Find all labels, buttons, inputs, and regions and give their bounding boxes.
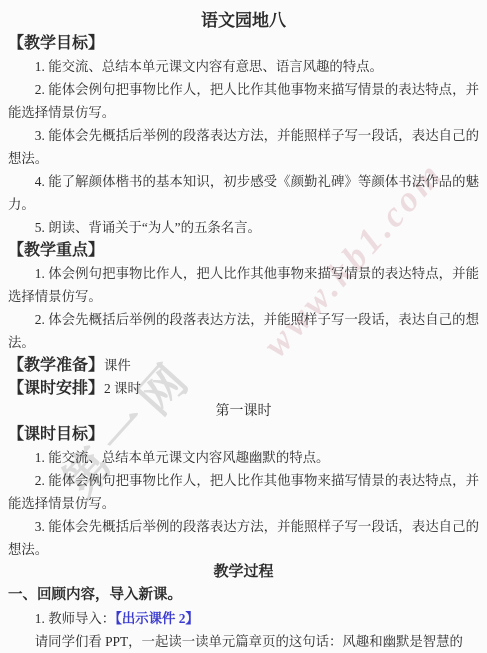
teaching-process-title: 教学过程 bbox=[8, 561, 479, 584]
teaching-goal-item-3: 3. 能体会先概括后举例的段落表达方法，并能照样子写一段话，表达自己的想法。 bbox=[8, 124, 479, 170]
teaching-goal-item-2: 2. 能体会例句把事物比作人，把人比作其他事物来描写情景的表达特点，并能选择情景… bbox=[8, 78, 479, 124]
lesson-goal-item-2: 2. 能体会例句把事物比作人，把人比作其他事物来描写情景的表达特点，并能选择情景… bbox=[8, 469, 479, 515]
schedule-heading: 【课时安排】 bbox=[8, 380, 104, 397]
teaching-goals-heading: 【教学目标】 bbox=[8, 32, 479, 55]
schedule-line: 【课时安排】2 课时 bbox=[8, 377, 479, 400]
teaching-preparation-heading: 【教学准备】 bbox=[8, 357, 104, 374]
teacher-intro-prefix: 1. 教师导入： bbox=[35, 611, 115, 626]
teaching-focus-item-2: 2. 体会先概括后举例的段落表达方法，并能照样子写一段话，表达自己的想法。 bbox=[8, 308, 479, 354]
teaching-focus-item-1: 1. 体会例句把事物比作人，把人比作其他事物来描写情景的表达特点，并能选择情景仿… bbox=[8, 262, 479, 308]
lesson-one-title: 第一课时 bbox=[8, 400, 479, 423]
teaching-preparation-line: 【教学准备】课件 bbox=[8, 354, 479, 377]
lesson-goal-item-1: 1. 能交流、总结本单元课文内容风趣幽默的特点。 bbox=[8, 446, 479, 469]
lesson-goal-item-3: 3. 能体会先概括后举例的段落表达方法，并能照样子写一段话，表达自己的想法。 bbox=[8, 515, 479, 561]
teaching-focus-heading: 【教学重点】 bbox=[8, 239, 479, 262]
document-title: 语文园地八 bbox=[8, 9, 479, 32]
lesson-goals-heading: 【课时目标】 bbox=[8, 423, 479, 446]
teaching-goal-item-5: 5. 朗读、背诵关于“为人”的五条名言。 bbox=[8, 216, 479, 239]
schedule-value: 2 课时 bbox=[104, 381, 141, 396]
document-content: 语文园地八 【教学目标】 1. 能交流、总结本单元课文内容有意思、语言风趣的特点… bbox=[8, 9, 479, 653]
teaching-preparation-value: 课件 bbox=[104, 358, 131, 373]
document-page: 第一网 www.kb1.com 语文园地八 【教学目标】 1. 能交流、总结本单… bbox=[0, 0, 487, 653]
teacher-intro-line: 1. 教师导入：【出示课件 2】 bbox=[8, 607, 479, 630]
teaching-goal-item-1: 1. 能交流、总结本单元课文内容有意思、语言风趣的特点。 bbox=[8, 55, 479, 78]
intro-paragraph: 请同学们看 PPT，一起读一读单元篇章页的这句话：风趣和幽默是智慧的 bbox=[8, 630, 479, 653]
step-one-heading: 一、回顾内容，导入新课。 bbox=[8, 584, 479, 607]
courseware-tag: 【出示课件 2】 bbox=[115, 611, 199, 626]
teaching-goal-item-4: 4. 能了解颜体楷书的基本知识，初步感受《颜勤礼碑》等颜体书法作品的魅力。 bbox=[8, 170, 479, 216]
